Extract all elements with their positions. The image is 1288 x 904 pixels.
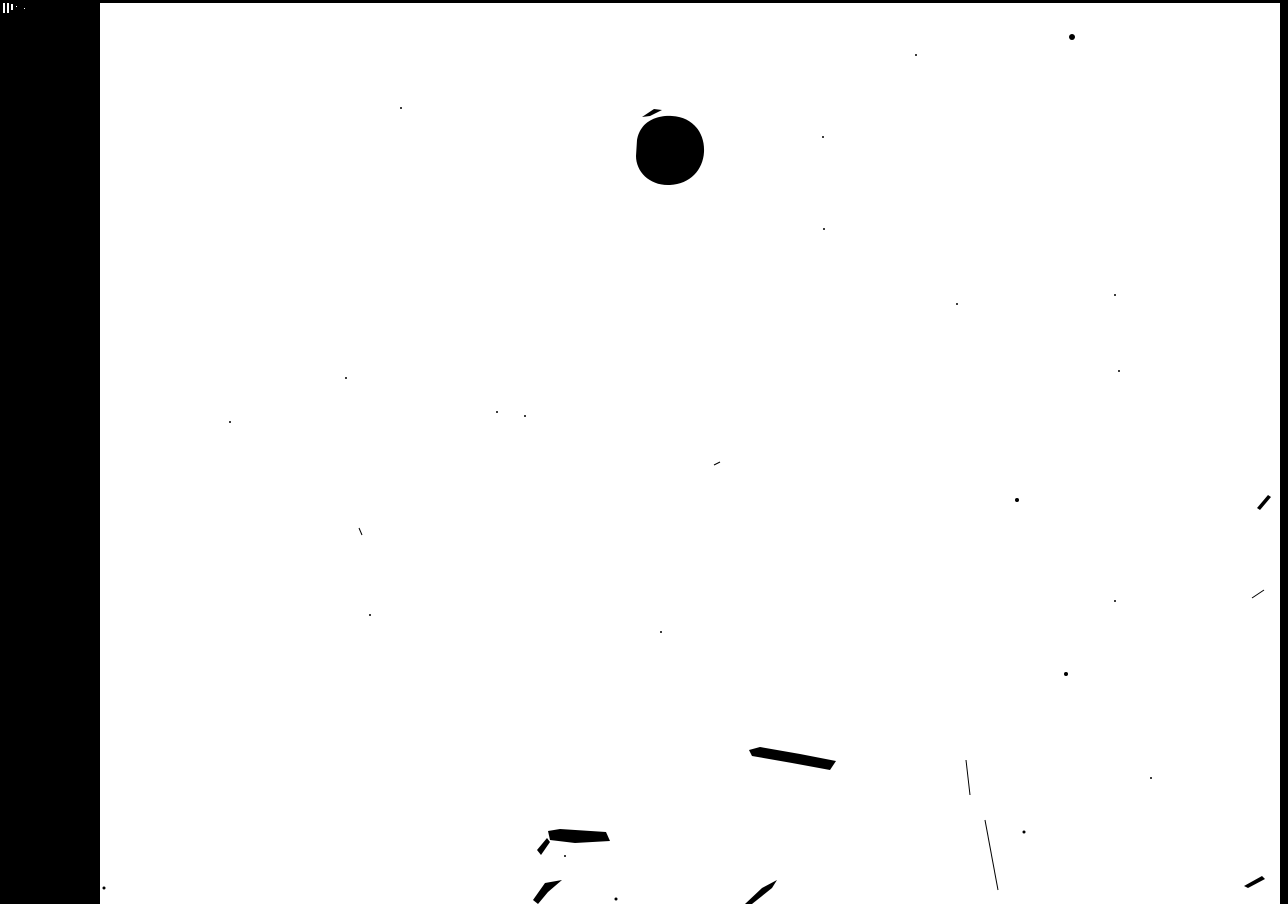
- photo-scene: [0, 0, 1288, 904]
- dark-blot: [636, 109, 704, 185]
- dark-streaks: [533, 495, 1271, 904]
- faint-marks: [359, 462, 1264, 890]
- dust-specks: [103, 34, 1153, 901]
